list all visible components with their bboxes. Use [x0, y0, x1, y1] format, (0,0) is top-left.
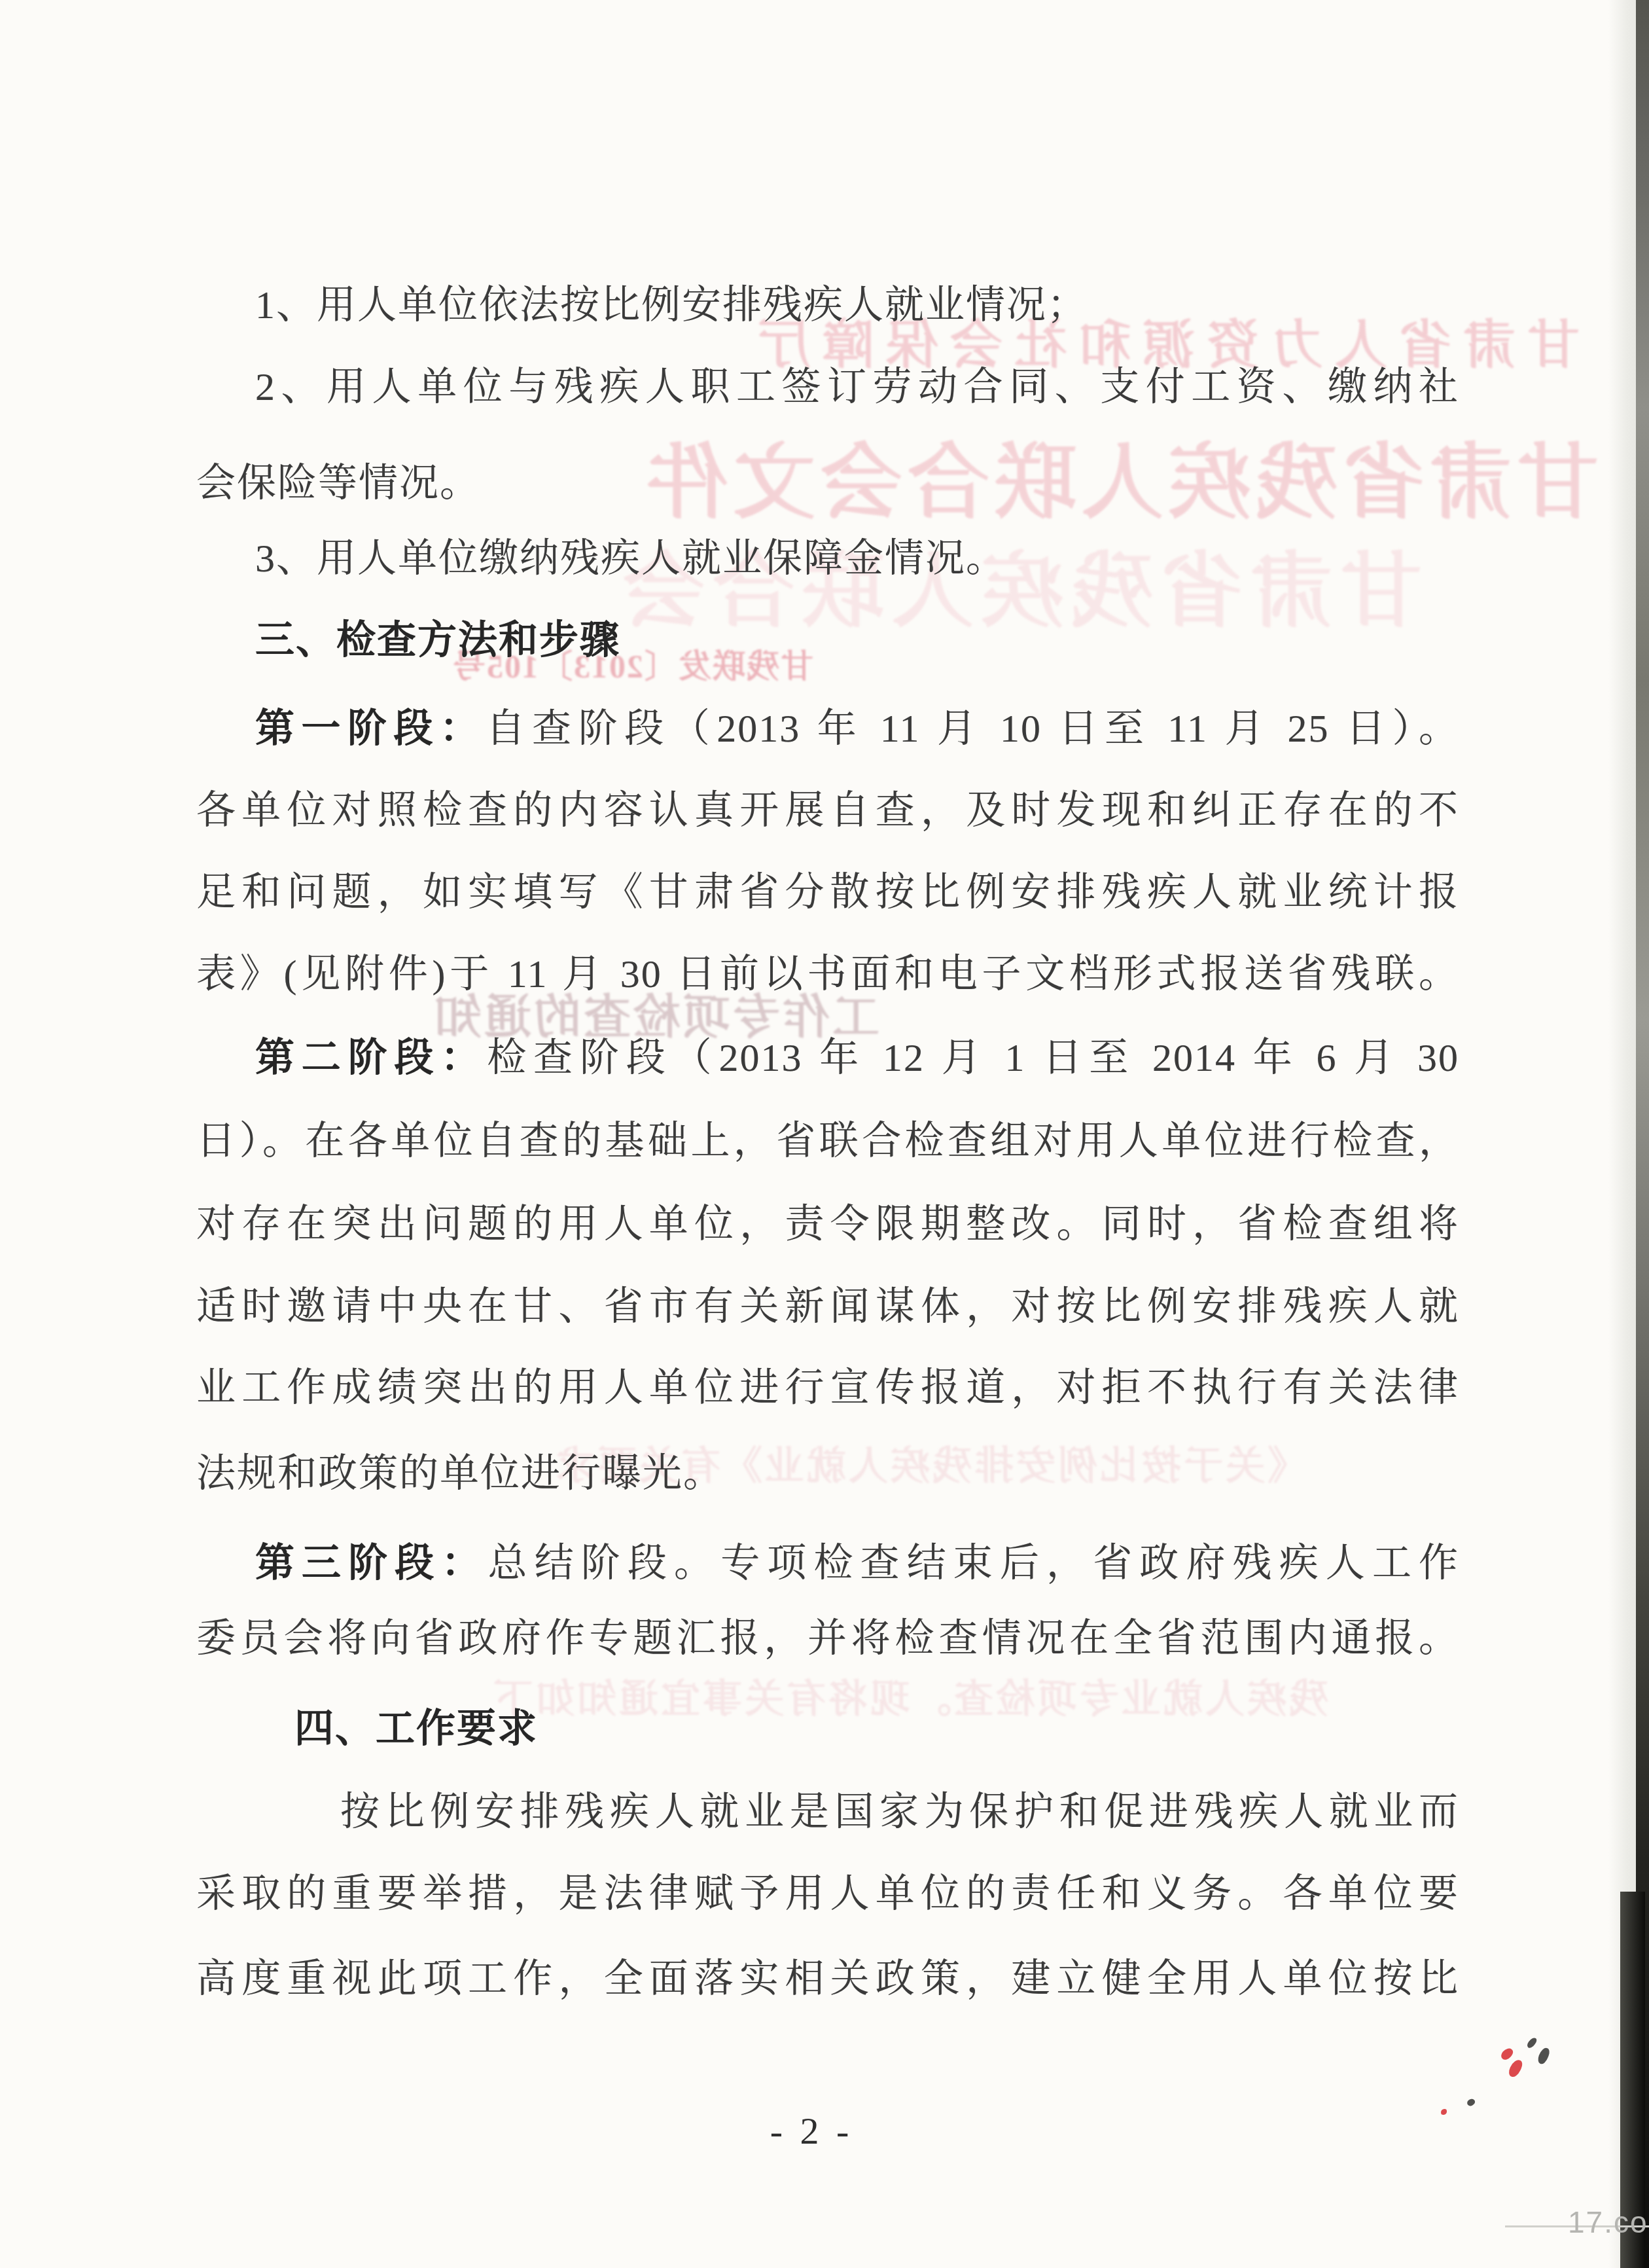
text-line: 各单位对照检查的内容认真开展自查，及时发现和纠正存在的不: [196, 779, 1459, 842]
line-text: 适时邀请中央在甘、省市有关新闻谋体，对按比例安排残疾人就: [196, 1285, 1459, 1328]
line-text: 表》(见附件)于 11 月 30 日前以书面和电子文档形式报送省残联。: [196, 952, 1459, 996]
line-text: 会保险等情况。: [196, 461, 480, 505]
line-text: 3、用人单位缴纳残疾人就业保障金情况。: [255, 537, 1006, 580]
line-text: 三、检查方法和步骤: [255, 619, 620, 662]
text-line: 3、用人单位缴纳残疾人就业保障金情况。: [196, 527, 1459, 590]
section-heading: 三、检查方法和步骤: [196, 609, 1459, 672]
line-text: 检查阶段（2013 年 12 月 1 日至 2014 年 6 月 30: [487, 1036, 1459, 1079]
line-text: 采取的重要举措，是法律赋予用人单位的责任和义务。各单位要: [196, 1872, 1459, 1915]
ink-speck: [1441, 2109, 1447, 2115]
text-line: 采取的重要举措，是法律赋予用人单位的责任和义务。各单位要: [196, 1862, 1459, 1925]
page-number: - 2 -: [746, 2109, 877, 2153]
ink-speck: [1507, 2058, 1524, 2079]
line-text: 足和问题，如实填写《甘肃省分散按比例安排残疾人就业统计报: [196, 871, 1459, 914]
text-line: 表》(见附件)于 11 月 30 日前以书面和电子文档形式报送省残联。: [196, 943, 1459, 1005]
text-line: 按比例安排残疾人就业是国家为保护和促进残疾人就业而: [196, 1780, 1459, 1843]
line-text: 各单位对照检查的内容认真开展自查，及时发现和纠正存在的不: [196, 789, 1459, 832]
line-text: 日）。在各单位自查的基础上，省联合检查组对用人单位进行检查，: [196, 1119, 1459, 1162]
text-line: 足和问题，如实填写《甘肃省分散按比例安排残疾人就业统计报: [196, 861, 1459, 924]
text-line: 法规和政策的单位进行曝光。: [196, 1442, 1459, 1505]
text-line: 会保险等情况。: [196, 452, 1459, 514]
line-text: 四、工作要求: [294, 1707, 538, 1750]
text-line: 1、用人单位依法按比例安排残疾人就业情况；: [196, 274, 1459, 336]
ink-speck: [1536, 2046, 1551, 2065]
line-text: 按比例安排残疾人就业是国家为保护和促进残疾人就业而: [340, 1790, 1459, 1833]
ink-speck: [1499, 2046, 1515, 2062]
line-text: 法规和政策的单位进行曝光。: [196, 1452, 724, 1495]
line-text: 2、用人单位与残疾人职工签订劳动合同、支付工资、缴纳社: [255, 365, 1459, 408]
text-line: 2、用人单位与残疾人职工签订劳动合同、支付工资、缴纳社: [196, 355, 1459, 418]
line-text: 对存在突出问题的用人单位，责令限期整改。同时，省检查组将: [196, 1202, 1459, 1246]
section-heading: 四、工作要求: [196, 1697, 1459, 1760]
text-line: 高度重视此项工作，全面落实相关政策，建立健全用人单位按比: [196, 1947, 1459, 2010]
text-line: 第一阶段：自查阶段（2013 年 11 月 10 日至 11 月 25 日）。: [196, 697, 1459, 760]
text-line: 对存在突出问题的用人单位，责令限期整改。同时，省检查组将: [196, 1193, 1459, 1255]
line-text: 自查阶段（2013 年 11 月 10 日至 11 月 25 日）。: [486, 707, 1459, 750]
line-text: 高度重视此项工作，全面落实相关政策，建立健全用人单位按比: [196, 1957, 1459, 2000]
line-text: 总结阶段。专项检查结束后，省政府残疾人工作: [488, 1541, 1459, 1585]
phase-label: 第二阶段：: [255, 1036, 487, 1079]
text-line: 业工作成绩突出的用人单位进行宣传报道，对拒不执行有关法律: [196, 1356, 1459, 1419]
phase-label: 第一阶段：: [255, 707, 486, 750]
ink-speck: [1466, 2097, 1476, 2108]
scanned-document-page: 甘肃省人力资源和社会保障厅甘肃省残疾人联合会文件甘肃省残疾人联合会甘残联发〔20…: [0, 0, 1649, 2268]
line-text: 委员会将向省政府作专题汇报，并将检查情况在全省范围内通报。: [196, 1617, 1459, 1660]
ink-speck: [1526, 2036, 1538, 2049]
phase-label: 第三阶段：: [255, 1541, 488, 1585]
line-text: 业工作成绩突出的用人单位进行宣传报道，对拒不执行有关法律: [196, 1366, 1459, 1409]
text-line: 委员会将向省政府作专题汇报，并将检查情况在全省范围内通报。: [196, 1607, 1459, 1670]
text-line: 日）。在各单位自查的基础上，省联合检查组对用人单位进行检查，: [196, 1109, 1459, 1172]
text-line: 第二阶段：检查阶段（2013 年 12 月 1 日至 2014 年 6 月 30: [196, 1026, 1459, 1089]
text-line: 第三阶段：总结阶段。专项检查结束后，省政府残疾人工作: [196, 1532, 1459, 1594]
line-text: 1、用人单位依法按比例安排残疾人就业情况；: [255, 283, 1088, 327]
watermark-fragment: 17.co: [1568, 2205, 1648, 2240]
text-line: 适时邀请中央在甘、省市有关新闻谋体，对按比例安排残疾人就: [196, 1275, 1459, 1338]
